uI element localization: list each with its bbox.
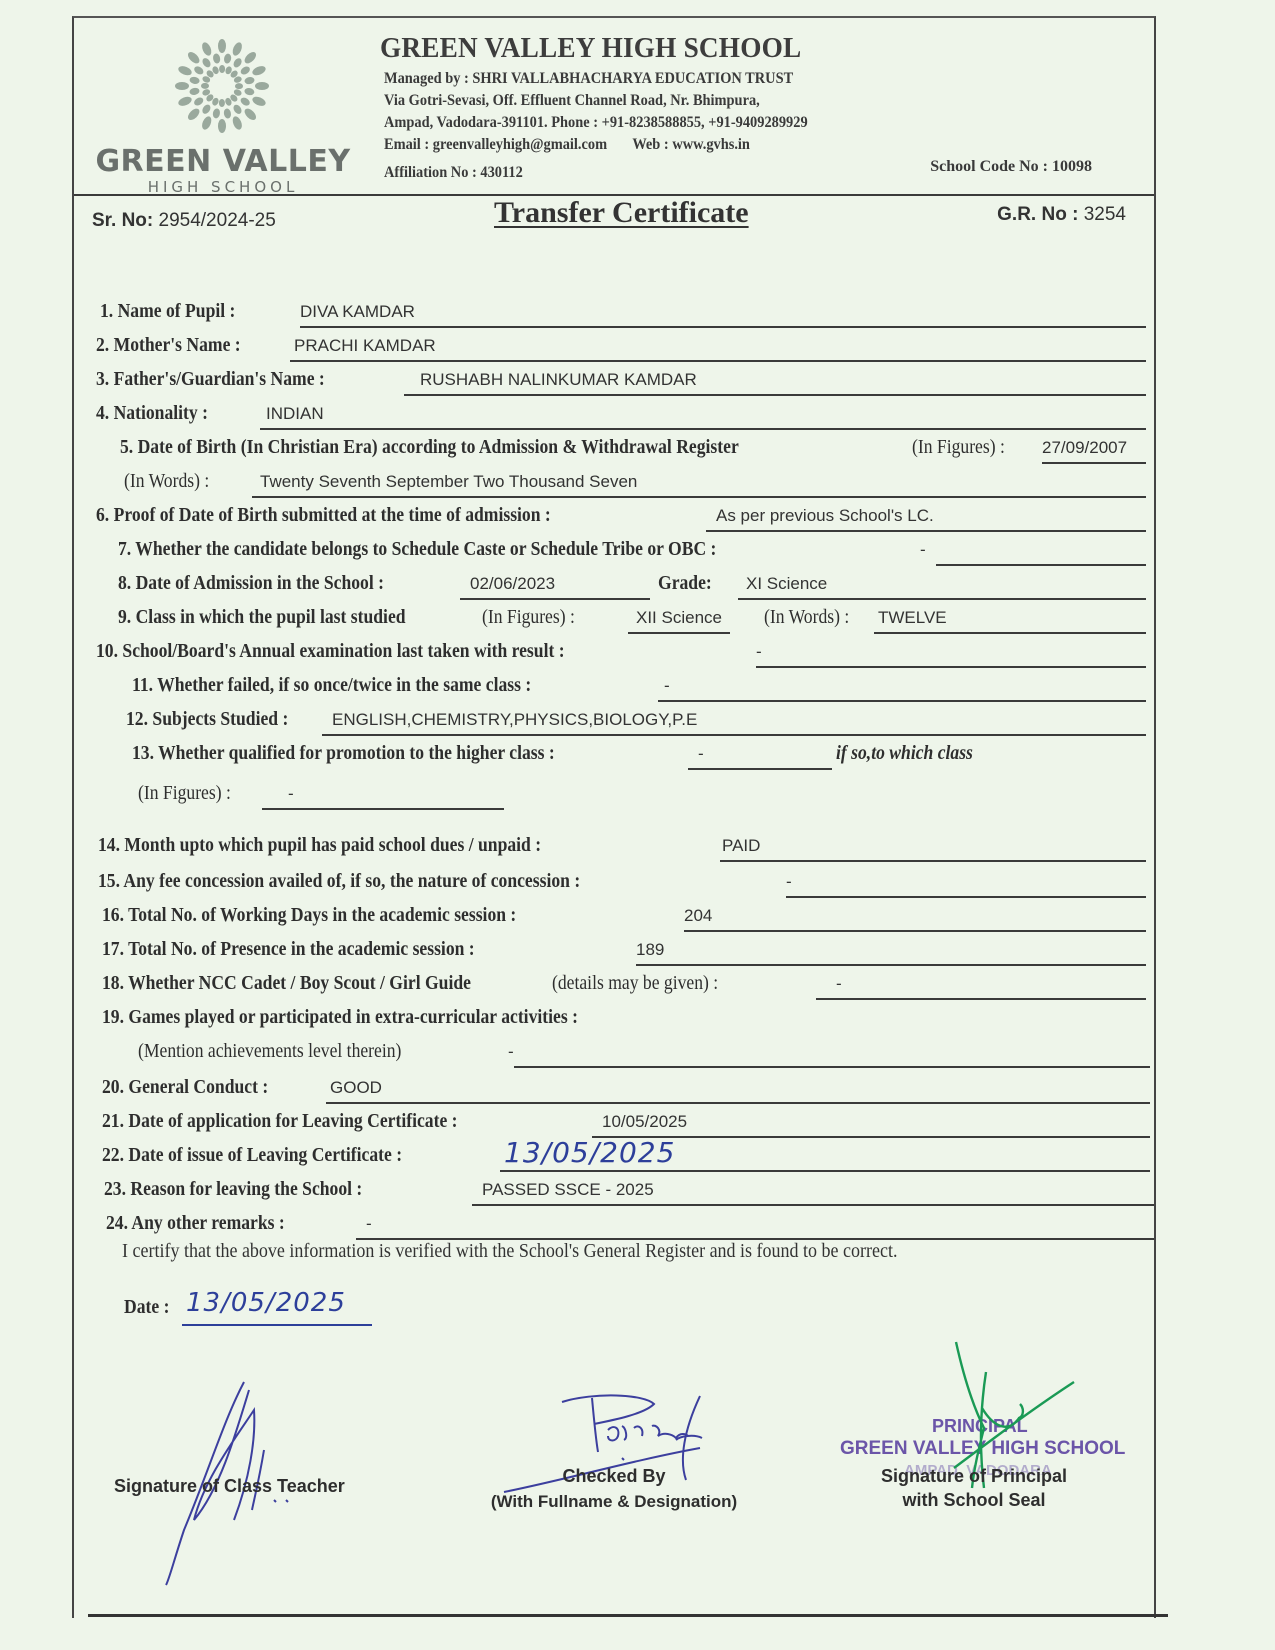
field-value-14: -: [698, 744, 704, 764]
school-logo: GREEN VALLEY HIGH SCHOOL: [88, 36, 358, 186]
field-value-22: -: [508, 1042, 514, 1062]
field-value-16: PAID: [722, 836, 760, 856]
field-underline-1: [300, 326, 1146, 328]
field-sublabel-20: (details may be given) :: [552, 972, 741, 995]
field-value-27: -: [366, 1214, 372, 1234]
field-underline-26: [472, 1204, 1154, 1206]
affiliation-number: Affiliation No : 430112: [384, 164, 523, 182]
field-sublabel-10: (In Figures) :: [482, 606, 588, 629]
field-label2-10: (In Words) :: [764, 606, 861, 629]
field-underline-20: [816, 998, 1146, 1000]
field-value-26: PASSED SSCE - 2025: [482, 1180, 654, 1200]
field-value-13: ENGLISH,CHEMISTRY,PHYSICS,BIOLOGY,P.E: [332, 710, 697, 730]
field-label-25: 22. Date of issue of Leaving Certificate…: [102, 1144, 443, 1167]
field-value-3: RUSHABH NALINKUMAR KAMDAR: [420, 370, 697, 390]
field-label-23: 20. General Conduct :: [102, 1076, 291, 1099]
field-value-20: -: [836, 974, 842, 994]
field-underline-16: [720, 860, 1146, 862]
field-underline-3: [404, 394, 1146, 396]
field-value-23: GOOD: [330, 1078, 382, 1098]
field-underline-22: [514, 1066, 1150, 1068]
class-teacher-label: Signature of Class Teacher: [114, 1476, 345, 1497]
field-label-5: 5. Date of Birth (In Christian Era) acco…: [120, 436, 823, 459]
field-label-13: 12. Subjects Studied :: [126, 708, 310, 731]
field-value-9: 02/06/2023: [470, 574, 555, 594]
field-value-7: As per previous School's LC.: [716, 506, 934, 526]
field-value2-10: TWELVE: [878, 608, 947, 628]
field-underline-10: [628, 632, 730, 634]
field-label-16: 14. Month upto which pupil has paid scho…: [98, 834, 602, 857]
managed-by: Managed by : SHRI VALLABHACHARYA EDUCATI…: [384, 70, 793, 88]
certification-statement: I certify that the above information is …: [122, 1240, 898, 1263]
principal-label: Signature of Principal: [864, 1466, 1084, 1487]
field-underline-11: [756, 666, 1146, 668]
email-text: Email : greenvalleyhigh@gmail.com: [384, 136, 607, 153]
serial-label: Sr. No:: [92, 210, 153, 231]
checked-by-sublabel: (With Fullname & Designation): [484, 1492, 744, 1512]
field-underline2-9: [738, 598, 1146, 600]
contact-line: Email : greenvalleyhigh@gmail.comWeb : w…: [384, 136, 750, 154]
field-value-4: INDIAN: [266, 404, 324, 424]
field-label-17: 15. Any fee concession availed of, if so…: [98, 870, 646, 893]
field-label-8: 7. Whether the candidate belongs to Sche…: [118, 538, 798, 561]
field-value-17: -: [786, 872, 792, 892]
field-value-24: 10/05/2025: [602, 1112, 687, 1132]
field-underline-24: [592, 1136, 1150, 1138]
certificate-title: Transfer Certificate: [494, 196, 749, 230]
field-label-4: 4. Nationality :: [96, 402, 223, 425]
field-underline-14: [688, 768, 832, 770]
field-underline-6: [252, 496, 1146, 498]
field-value-12: -: [664, 676, 670, 696]
field-underline-4: [260, 428, 1146, 430]
letterhead: GREEN VALLEY HIGH SCHOOL GREEN VALLEY HI…: [74, 18, 1154, 196]
field-underline-8: [936, 564, 1146, 566]
field-label-7: 6. Proof of Date of Birth submitted at t…: [96, 504, 613, 527]
date-label: Date :: [124, 1296, 176, 1319]
field-label-12: 11. Whether failed, if so once/twice in …: [132, 674, 586, 697]
school-name: GREEN VALLEY HIGH SCHOOL: [380, 32, 801, 65]
field-underline-15: [262, 808, 504, 810]
field-value-18: 204: [684, 906, 712, 926]
website-link[interactable]: Web : www.gvhs.in: [632, 136, 750, 153]
address-line-2: Ampad, Vadodara-391101. Phone : +91-8238…: [384, 114, 808, 132]
field-label-21: 19. Games played or participated in extr…: [102, 1006, 643, 1029]
field-label-19: 17. Total No. of Presence in the academi…: [102, 938, 526, 961]
flower-logo-icon: [172, 36, 272, 136]
field-label2-14: if so,to which class: [836, 742, 992, 765]
address-line-1: Via Gotri-Sevasi, Off. Effluent Channel …: [384, 92, 760, 110]
field-label-26: 23. Reason for leaving the School :: [104, 1178, 398, 1201]
field-label-11: 10. School/Board's Annual examination la…: [96, 640, 628, 663]
field-underline-18: [684, 930, 1146, 932]
field-label-18: 16. Total No. of Working Days in the aca…: [102, 904, 573, 927]
date-handwritten: 13/05/2025: [186, 1288, 346, 1318]
field-label-15: (In Figures) :: [138, 782, 244, 805]
principal-sublabel: with School Seal: [864, 1490, 1084, 1511]
transfer-certificate: GREEN VALLEY HIGH SCHOOL GREEN VALLEY HI…: [72, 16, 1156, 1618]
field-label-24: 21. Date of application for Leaving Cert…: [102, 1110, 506, 1133]
gr-value: 3254: [1084, 204, 1126, 225]
field-underline2-10: [874, 632, 1146, 634]
field-value-19: 189: [636, 940, 664, 960]
field-underline-13: [322, 734, 1146, 736]
field-value-11: -: [756, 642, 762, 662]
field-underline-2: [290, 360, 1146, 362]
field-label2-9: Grade:: [658, 572, 719, 595]
field-label-20: 18. Whether NCC Cadet / Boy Scout / Girl…: [102, 972, 521, 995]
serial-number: Sr. No: 2954/2024-25: [92, 210, 276, 232]
gr-label: G.R. No :: [997, 204, 1078, 225]
field-value-15: -: [288, 784, 294, 804]
serial-value: 2954/2024-25: [159, 210, 276, 231]
logo-subtitle: HIGH SCHOOL: [88, 178, 358, 196]
bottom-border: [88, 1614, 1168, 1617]
field-underline-9: [460, 598, 650, 600]
field-underline-17: [786, 896, 1146, 898]
field-label-2: 2. Mother's Name :: [96, 334, 260, 357]
field-value-5: 27/09/2007: [1042, 438, 1127, 458]
field-underline-23: [326, 1102, 1150, 1104]
field-label-14: 13. Whether qualified for promotion to t…: [132, 742, 612, 765]
field-value-6: Twenty Seventh September Two Thousand Se…: [260, 472, 637, 492]
field-value2-9: XI Science: [746, 574, 827, 594]
field-sublabel-5: (In Figures) :: [912, 436, 1018, 459]
field-underline-5: [1042, 462, 1146, 464]
field-value-25: 13/05/2025: [504, 1136, 675, 1169]
field-value-1: DIVA KAMDAR: [300, 302, 415, 322]
field-value-2: PRACHI KAMDAR: [294, 336, 436, 356]
checked-by-label: Checked By: [544, 1466, 684, 1487]
field-underline-12: [658, 700, 1146, 702]
field-value-8: -: [920, 540, 926, 560]
field-value-10: XII Science: [636, 608, 722, 628]
field-underline-25: [500, 1170, 1150, 1172]
field-underline-7: [706, 530, 1146, 532]
field-label-22: (Mention achievements level therein): [138, 1040, 437, 1063]
date-underline: [182, 1324, 372, 1326]
field-label-27: 24. Any other remarks :: [106, 1212, 309, 1235]
field-underline-19: [636, 964, 1146, 966]
field-label-1: 1. Name of Pupil :: [100, 300, 254, 323]
field-label-6: (In Words) :: [124, 470, 221, 493]
field-label-3: 3. Father's/Guardian's Name :: [96, 368, 356, 391]
field-label-9: 8. Date of Admission in the School :: [118, 572, 420, 595]
gr-number: G.R. No : 3254: [997, 204, 1126, 226]
school-code: School Code No : 10098: [930, 158, 1092, 176]
logo-title: GREEN VALLEY: [88, 144, 358, 179]
field-label-10: 9. Class in which the pupil last studied: [118, 606, 445, 629]
